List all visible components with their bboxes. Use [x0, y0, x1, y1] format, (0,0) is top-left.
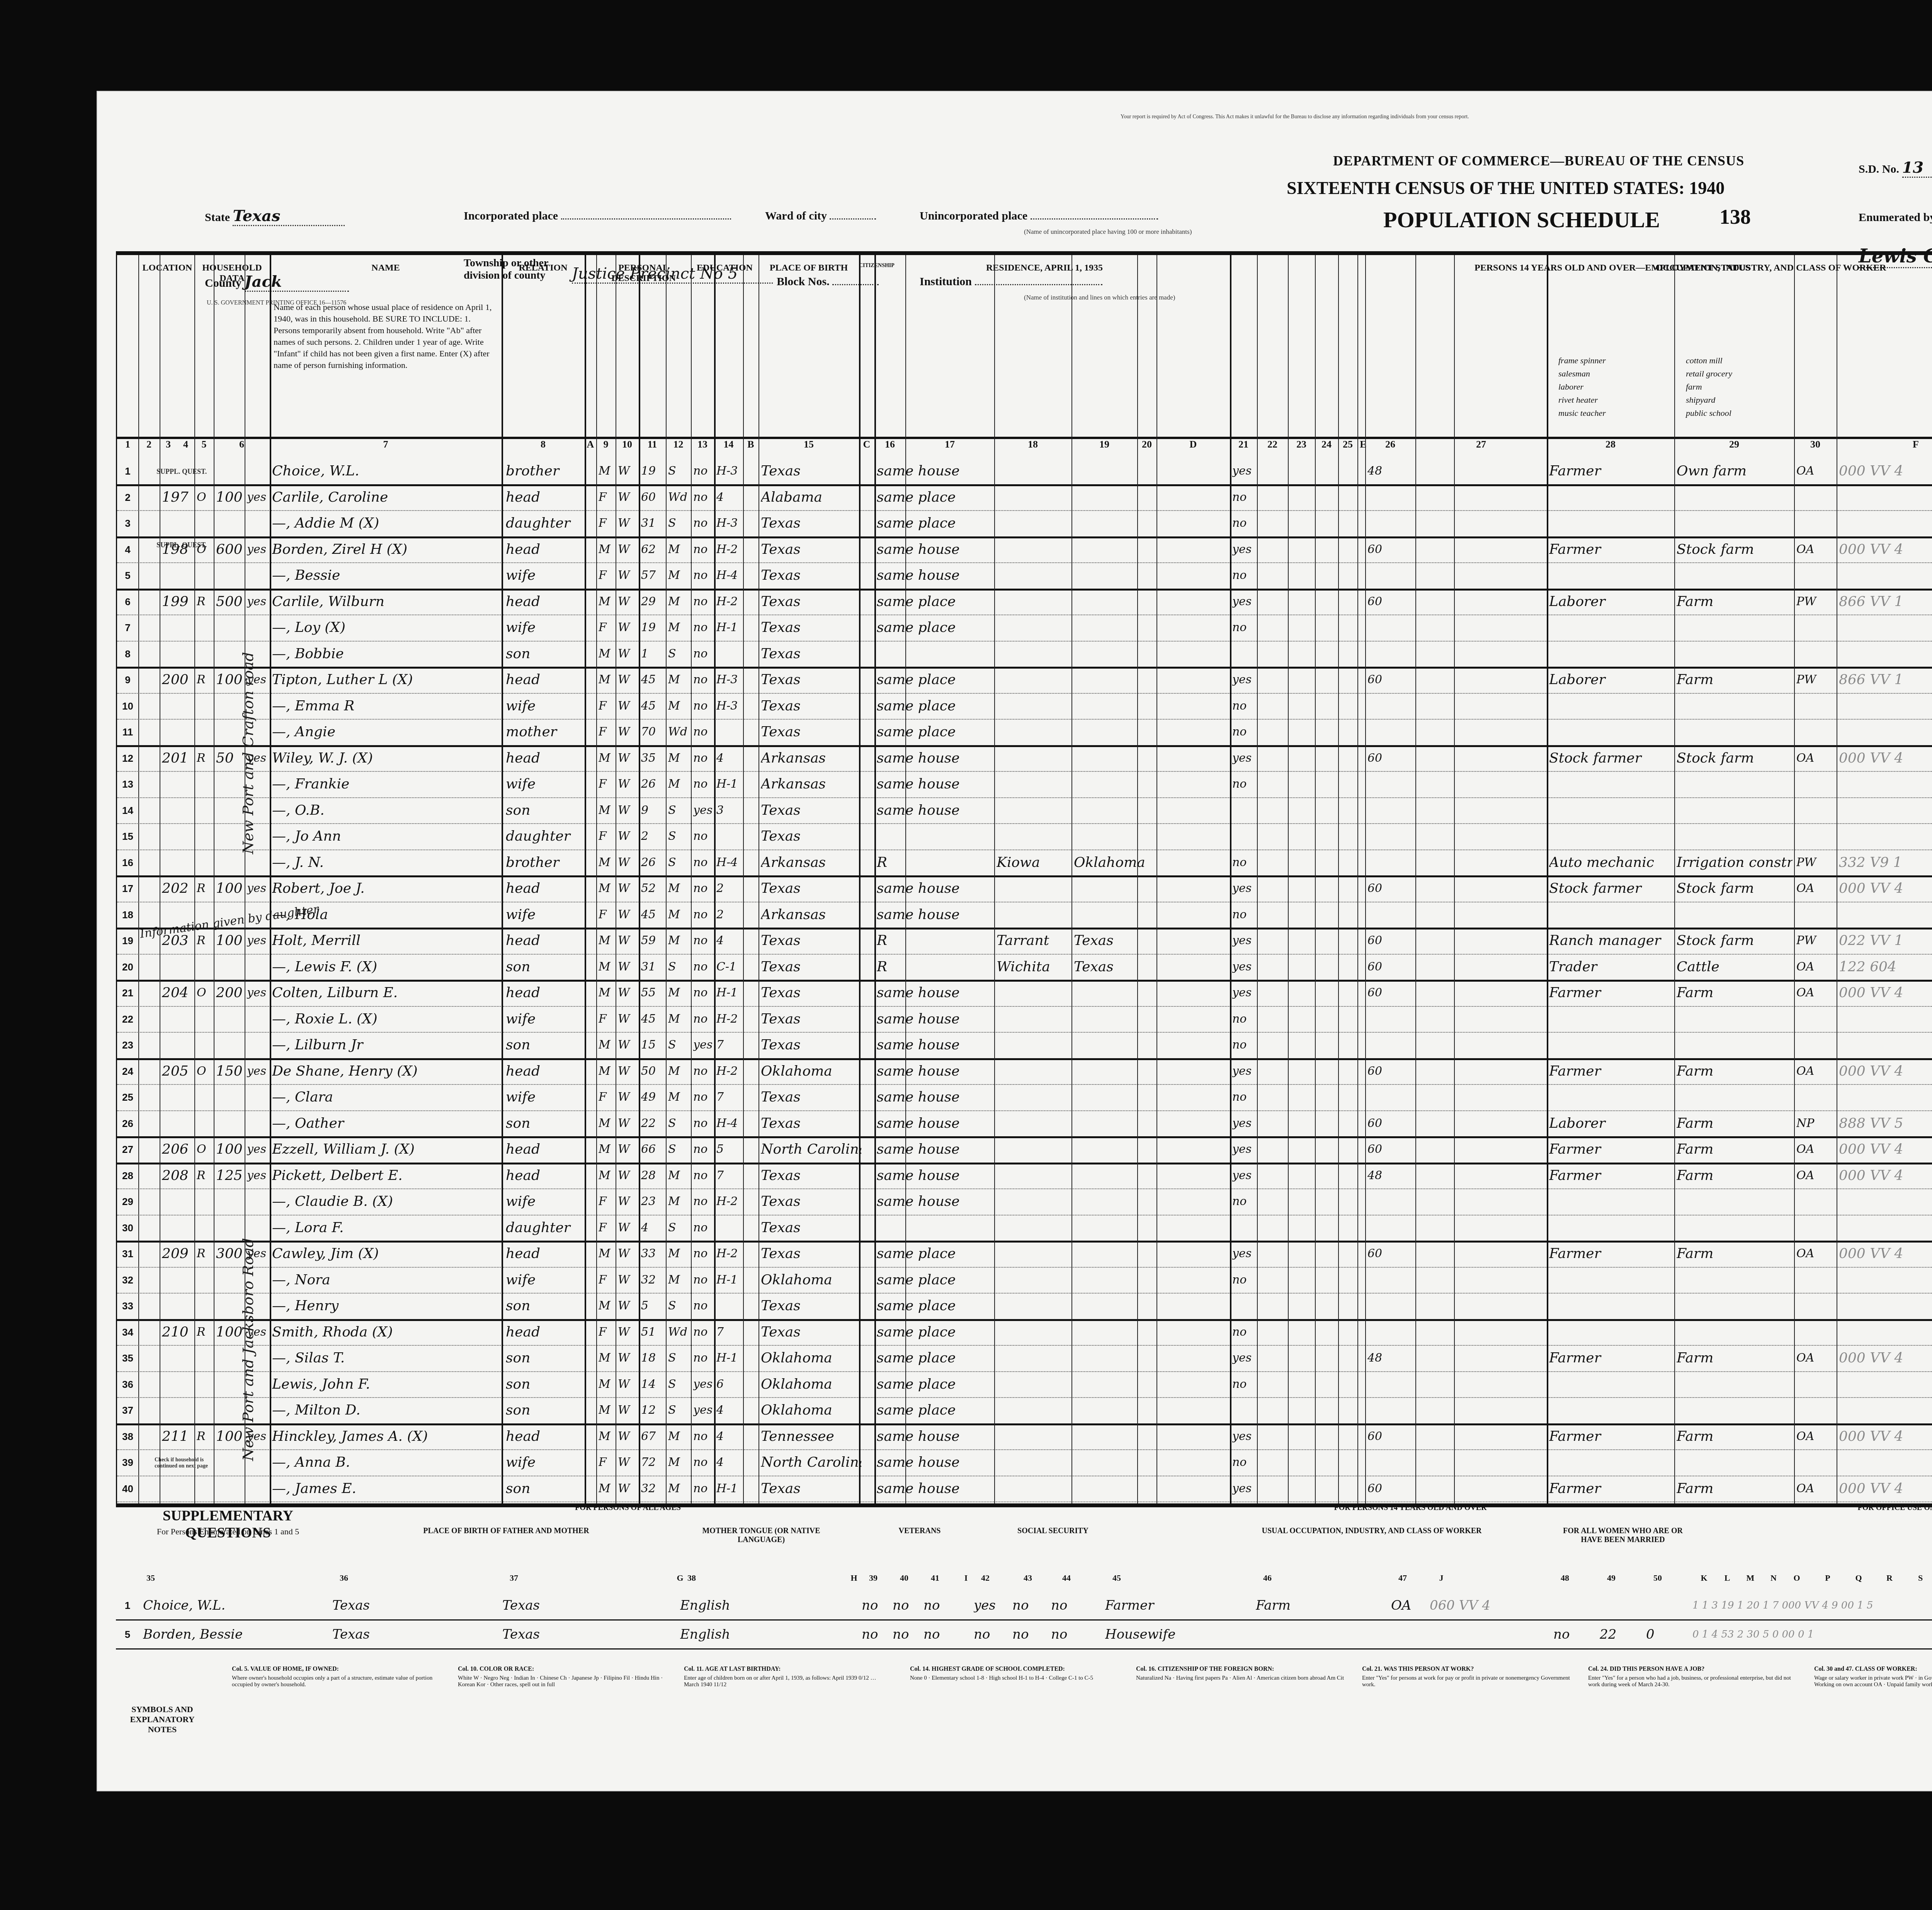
table-row[interactable]: 12201R50yesWiley, W. J. (X)headMW35Mno4A… [117, 745, 1932, 772]
table-row[interactable]: 16—, J. N.brotherMW26SnoH-4ArkansasRKiow… [117, 849, 1932, 878]
grade-cell: 3 [716, 799, 747, 822]
grade-cell: H-1 [716, 1477, 747, 1500]
work-cell: yes [1232, 1425, 1271, 1448]
marital-cell: S [668, 1399, 693, 1422]
state1935-cell: Texas [1074, 929, 1147, 952]
table-row[interactable]: 35—, Silas T.sonMW18SnoH-1Oklahomasame p… [117, 1345, 1932, 1372]
school-cell: yes [693, 1373, 716, 1396]
table-row[interactable]: 30—, Lora F.daughterFW4SnoTexas13430 [117, 1215, 1932, 1243]
grade-cell: H-2 [716, 1008, 747, 1031]
industry-cell: Own farm [1677, 460, 1793, 483]
grade-cell: 4 [716, 929, 747, 952]
table-row[interactable]: 33—, HenrysonMW5SnoTexassame place33 [117, 1293, 1932, 1321]
school-cell: no [693, 512, 716, 535]
industry-cell: Farm [1677, 981, 1793, 1004]
county1935-cell [997, 1216, 1074, 1239]
hours-cell [1367, 1321, 1414, 1344]
sex-cell: M [599, 1373, 618, 1396]
supplementary-father: Texas [332, 1623, 495, 1646]
supplementary-row[interactable]: 1Choice, W.L.TexasTexasEnglishnononoyesn… [116, 1592, 1932, 1621]
school-cell: no [693, 590, 716, 613]
table-row[interactable]: 1Choice, W.L.brotherMW19SnoH-3Texassame … [117, 458, 1932, 486]
relation-cell: son [506, 1033, 583, 1057]
tenure-cell [197, 1086, 216, 1109]
value-cell: 125 [216, 1164, 247, 1187]
county1935-cell [997, 1242, 1074, 1265]
farm-cell [247, 616, 270, 639]
sex-cell: F [599, 1216, 618, 1239]
supplementary-section-label: MOTHER TONGUE (OR NATIVE LANGUAGE) [680, 1527, 842, 1544]
dwelling-cell: 209 [162, 1242, 197, 1265]
name-cell: Lewis, John F. [272, 1373, 504, 1396]
county1935-cell [997, 538, 1074, 561]
birthplace-cell: Texas [761, 1321, 861, 1344]
industry-cell: Farm [1677, 1425, 1793, 1448]
grade-cell [716, 720, 747, 744]
name-cell: Choice, W.L. [272, 460, 504, 483]
res1935-cell: same place [877, 1347, 993, 1370]
tenure-cell: R [197, 929, 216, 952]
res1935-cell: same place [877, 1321, 993, 1344]
dwelling-cell: 202 [162, 877, 197, 900]
race-cell: W [618, 1268, 641, 1292]
column-group-label: OCCUPATION, INDUSTRY, AND CLASS OF WORKE… [1547, 263, 1932, 273]
relation-cell: mother [506, 720, 583, 744]
table-row[interactable]: 36Lewis, John F.sonMW14Syes6Oklahomasame… [117, 1371, 1932, 1398]
birthplace-cell: Texas [761, 1112, 861, 1135]
table-row[interactable]: 31209R300yesCawley, Jim (X)headMW33MnoH-… [117, 1241, 1932, 1268]
table-row[interactable]: 2197O100yesCarlile, CarolineheadFW60Wdno… [117, 484, 1932, 511]
hours-cell [1367, 642, 1414, 666]
column-number: C [859, 439, 874, 450]
res1935-cell: same house [877, 799, 993, 822]
hours-cell [1367, 1399, 1414, 1422]
race-cell: W [618, 1164, 641, 1187]
occupation-cell: Farmer [1549, 1477, 1677, 1500]
table-row[interactable]: 5—, BessiewifeFW57MnoH-4Texassame housen… [117, 562, 1932, 591]
dwelling-cell: 208 [162, 1164, 197, 1187]
code-cell: 000 VV 4 [1839, 1242, 1932, 1265]
occupation-cell: Laborer [1549, 1112, 1677, 1135]
school-cell: no [693, 538, 716, 561]
table-row[interactable]: 10—, Emma RwifeFW45MnoH-3Texassame place… [117, 693, 1932, 720]
value-cell: 600 [216, 538, 247, 561]
line-number: 12 [117, 747, 138, 770]
age-cell: 45 [641, 695, 668, 718]
age-cell: 28 [641, 1164, 668, 1187]
hours-cell [1367, 1190, 1414, 1213]
res1935-cell: same house [877, 1086, 993, 1109]
industry-cell [1677, 642, 1793, 666]
value-cell: 150 [216, 1060, 247, 1083]
table-row[interactable]: 4198O600yesBorden, Zirel H (X)headMW62Mn… [117, 536, 1932, 563]
table-row[interactable]: 24205O150yesDe Shane, Henry (X)headMW50M… [117, 1058, 1932, 1085]
race-cell: W [618, 1138, 641, 1161]
code-cell: 122 604 [1839, 955, 1932, 979]
supplementary-age-marriage: 22 [1600, 1623, 1642, 1646]
marital-cell: M [668, 695, 693, 718]
supplementary-father: Texas [332, 1594, 495, 1617]
value-cell: 100 [216, 877, 247, 900]
occupation-cell: Laborer [1549, 590, 1677, 613]
dwelling-cell: 206 [162, 1138, 197, 1161]
table-row[interactable]: 39—, Anna B.wifeFW72Mno4North Carolinasa… [117, 1449, 1932, 1476]
county1935-cell [997, 1451, 1074, 1474]
column-number: F [1837, 439, 1932, 450]
occupation-cell [1549, 1294, 1677, 1318]
dwelling-cell [162, 1373, 197, 1396]
relation-cell: head [506, 1060, 583, 1083]
explanatory-note-heading: Col. 11. AGE AT LAST BIRTHDAY: [684, 1666, 893, 1673]
supplementary-column-number: P [1816, 1573, 1839, 1583]
res1935-cell: same place [877, 1242, 993, 1265]
tenure-cell: R [197, 668, 216, 691]
race-cell: W [618, 799, 641, 822]
value-cell [216, 460, 247, 483]
sex-cell: F [599, 1268, 618, 1292]
supplementary-column-number: 48 [1553, 1573, 1577, 1583]
birthplace-cell: Texas [761, 799, 861, 822]
marital-cell: S [668, 851, 693, 874]
explanatory-note-body: Enter age of children born on or after A… [684, 1675, 876, 1688]
age-cell: 5 [641, 1294, 668, 1318]
column-number: 11 [639, 439, 666, 450]
table-row[interactable]: 23—, Lilburn JrsonMW15Syes7Texassame hou… [117, 1032, 1932, 1060]
class-cell: OA [1796, 538, 1839, 561]
res1935-cell [877, 825, 993, 848]
school-cell: no [693, 1294, 716, 1318]
line-number: 11 [117, 720, 138, 744]
industry-cell: Farm [1677, 1112, 1793, 1135]
column-number: 13 [691, 439, 714, 450]
table-row[interactable]: 22—, Roxie L. (X)wifeFW45MnoH-2Texassame… [117, 1006, 1932, 1033]
name-cell: —, Lewis F. (X) [272, 955, 504, 979]
column-number: 21 [1230, 439, 1257, 450]
occupation-example: rivet heater [1558, 395, 1598, 405]
hours-cell: 60 [1367, 747, 1414, 770]
table-row[interactable]: 14—, O.B.sonMW9Syes3Texassame house14 [117, 797, 1932, 824]
code-cell [1839, 1190, 1932, 1213]
age-cell: 45 [641, 903, 668, 926]
occupation-cell: Trader [1549, 955, 1677, 979]
table-row[interactable]: 11—, AngiemotherFW70WdnoTexassame placen… [117, 719, 1932, 747]
value-cell [216, 851, 247, 874]
grade-cell: 7 [716, 1321, 747, 1344]
state1935-cell [1074, 799, 1147, 822]
age-cell: 2 [641, 825, 668, 848]
table-row[interactable]: 26—, OathersonMW22SnoH-4Texassame housey… [117, 1110, 1932, 1139]
supplementary-section-label: FOR PERSONS 14 YEARS OLD AND OVER [1159, 1503, 1662, 1512]
table-row[interactable]: 40—, James E.sonMW32MnoH-1Texassame hous… [117, 1476, 1932, 1503]
hours-cell [1367, 1294, 1414, 1318]
marital-cell: S [668, 460, 693, 483]
grade-cell: H-1 [716, 1268, 747, 1292]
table-row[interactable]: 6199R500yesCarlile, WilburnheadMW29MnoH-… [117, 589, 1932, 616]
table-row[interactable]: 34210R100yesSmith, Rhoda (X)headFW51Wdno… [117, 1319, 1932, 1346]
explanatory-note-body: None 0 · Elementary school 1-8 · High sc… [910, 1675, 1093, 1681]
table-row[interactable]: 19203R100yesHolt, MerrillheadMW59Mno4Tex… [117, 928, 1932, 955]
table-row[interactable]: 9200R100yesTipton, Luther L (X)headMW45M… [117, 667, 1932, 694]
sex-cell: F [599, 564, 618, 587]
supplementary-vet1: no [862, 1594, 889, 1617]
table-row[interactable]: 25—, ClarawifeFW49Mno7Texassame houseno0… [117, 1084, 1932, 1111]
race-cell: W [618, 1425, 641, 1448]
supplementary-married: no [1553, 1623, 1596, 1646]
relation-cell: wife [506, 773, 583, 796]
table-row[interactable]: 3—, Addie M (X)daughterFW31SnoH-3Texassa… [117, 510, 1932, 538]
birthplace-cell: Arkansas [761, 903, 861, 926]
class-cell [1796, 1399, 1839, 1422]
relation-cell: son [506, 1294, 583, 1318]
hours-cell [1367, 1086, 1414, 1109]
state1935-cell [1074, 773, 1147, 796]
relation-cell: wife [506, 903, 583, 926]
hours-cell: 60 [1367, 1477, 1414, 1500]
line-number: 10 [117, 695, 138, 718]
relation-cell: head [506, 668, 583, 691]
code-cell: 000 VV 4 [1839, 981, 1932, 1004]
school-cell: no [693, 616, 716, 639]
supplementary-children [1646, 1594, 1689, 1617]
dwelling-cell [162, 851, 197, 874]
code-cell: 888 VV 5 [1839, 1112, 1932, 1135]
code-cell [1839, 903, 1932, 926]
hours-cell: 48 [1367, 1347, 1414, 1370]
farm-cell: yes [247, 1060, 270, 1083]
marital-cell: Wd [668, 1321, 693, 1344]
supplementary-row[interactable]: 5Borden, BessieTexasTexasEnglishnononono… [116, 1621, 1932, 1650]
state-field: State Texas [205, 207, 345, 226]
farm-cell: yes [247, 538, 270, 561]
column-group-label: LOCATION [140, 263, 194, 273]
state1935-cell [1074, 1347, 1147, 1370]
value-cell: 200 [216, 981, 247, 1004]
explanatory-note-body: Wage or salary worker in private work PW… [1814, 1675, 1932, 1688]
tenure-cell [197, 1190, 216, 1213]
race-cell: W [618, 1399, 641, 1422]
class-cell [1796, 1190, 1839, 1213]
farm-cell [247, 460, 270, 483]
line-number: 26 [117, 1112, 138, 1135]
occupation-cell: Farmer [1549, 1347, 1677, 1370]
birthplace-cell: Oklahoma [761, 1060, 861, 1083]
column-number: B [743, 439, 759, 450]
work-cell: yes [1232, 1138, 1271, 1161]
table-row[interactable]: 13—, FrankiewifeFW26MnoH-1Arkansassame h… [117, 771, 1932, 798]
school-cell: no [693, 668, 716, 691]
res1935-cell: same house [877, 1008, 993, 1031]
value-cell [216, 512, 247, 535]
relation-cell: son [506, 1477, 583, 1500]
age-cell: 22 [641, 1112, 668, 1135]
tenure-cell: R [197, 590, 216, 613]
explanatory-note-heading: Col. 16. CITIZENSHIP OF THE FOREIGN BORN… [1136, 1666, 1345, 1673]
county1935-cell: Tarrant [997, 929, 1074, 952]
explanatory-note-body: Where owner's household occupies only a … [232, 1675, 432, 1688]
class-cell: OA [1796, 1164, 1839, 1187]
line-number: 16 [117, 851, 138, 874]
state1935-cell [1074, 695, 1147, 718]
age-cell: 32 [641, 1477, 668, 1500]
table-row[interactable]: 32—, NorawifeFW32MnoH-1Oklahomasame plac… [117, 1267, 1932, 1294]
age-cell: 59 [641, 929, 668, 952]
supplementary-section-label: VETERANS [850, 1527, 989, 1535]
code-cell [1839, 1086, 1932, 1109]
table-row[interactable]: 7—, Loy (X)wifeFW19MnoH-1Texassame place… [117, 615, 1932, 642]
supplementary-column-number: 40 [893, 1573, 916, 1583]
res1935-cell: same place [877, 512, 993, 535]
marital-cell: M [668, 929, 693, 952]
industry-cell [1677, 1321, 1793, 1344]
state1935-cell [1074, 1164, 1147, 1187]
table-row[interactable]: 15—, Jo AnndaughterFW2SnoTexas15 [117, 823, 1932, 850]
farm-cell: yes [247, 1138, 270, 1161]
marital-cell: M [668, 1242, 693, 1265]
line-number: 14 [117, 799, 138, 822]
table-row[interactable]: 8—, BobbiesonMW1SnoTexas8 [117, 641, 1932, 669]
tenure-cell [197, 851, 216, 874]
marital-cell: M [668, 1060, 693, 1083]
table-row[interactable]: 27206O100yesEzzell, William J. (X)headMW… [117, 1136, 1932, 1164]
line-number: 23 [117, 1033, 138, 1057]
sex-cell: M [599, 590, 618, 613]
county1935-cell [997, 1086, 1074, 1109]
line-number: 3 [117, 512, 138, 535]
race-cell: W [618, 668, 641, 691]
table-row[interactable]: 29—, Claudie B. (X)wifeFW23MnoH-2Texassa… [117, 1188, 1932, 1215]
sex-cell: F [599, 903, 618, 926]
supplementary-column-number: 36 [332, 1573, 355, 1583]
explanatory-note-block: Col. 16. CITIZENSHIP OF THE FOREIGN BORN… [1136, 1666, 1345, 1682]
sex-cell: F [599, 695, 618, 718]
birthplace-cell: Texas [761, 720, 861, 744]
table-row[interactable]: 38211R100yesHinckley, James A. (X)headMW… [117, 1423, 1932, 1450]
hours-cell: 60 [1367, 1242, 1414, 1265]
birthplace-cell: Texas [761, 1086, 861, 1109]
industry-cell [1677, 1086, 1793, 1109]
column-group-label: EDUCATION [691, 263, 759, 273]
birthplace-cell: Arkansas [761, 773, 861, 796]
tenure-cell [197, 825, 216, 848]
table-row[interactable]: 17202R100yesRobert, Joe J.headMW52Mno2Te… [117, 875, 1932, 902]
supplementary-column-number: 41 [923, 1573, 947, 1583]
farm-cell [247, 1008, 270, 1031]
state1935-cell [1074, 486, 1147, 509]
name-cell: —, Angie [272, 720, 504, 744]
sex-cell: F [599, 512, 618, 535]
supplementary-vet2: no [893, 1594, 920, 1617]
state1935-cell [1074, 1268, 1147, 1292]
occupation-cell: Farmer [1549, 1060, 1677, 1083]
res1935-cell: R [877, 851, 993, 874]
code-cell: 000 VV 4 [1839, 1477, 1932, 1500]
line-number: 34 [117, 1321, 138, 1344]
class-cell [1796, 642, 1839, 666]
supplementary-code [1430, 1623, 1546, 1646]
work-cell: no [1232, 903, 1271, 926]
age-cell: 31 [641, 955, 668, 979]
sex-cell: F [599, 486, 618, 509]
res1935-cell: same place [877, 1294, 993, 1318]
age-cell: 18 [641, 1347, 668, 1370]
supplementary-section-label: USUAL OCCUPATION, INDUSTRY, AND CLASS OF… [1159, 1527, 1584, 1535]
hours-cell: 48 [1367, 460, 1414, 483]
state1935-cell [1074, 903, 1147, 926]
birthplace-cell: Arkansas [761, 851, 861, 874]
table-row[interactable]: 28208R125yesPickett, Delbert E.headMW28M… [117, 1163, 1932, 1190]
age-cell: 31 [641, 512, 668, 535]
school-cell: no [693, 773, 716, 796]
relation-cell: wife [506, 616, 583, 639]
school-cell: no [693, 1242, 716, 1265]
supplementary-column-number: 37 [502, 1573, 526, 1583]
tenure-cell [197, 1477, 216, 1500]
sex-cell: F [599, 1086, 618, 1109]
industry-cell [1677, 1373, 1793, 1396]
value-cell [216, 564, 247, 587]
occupation-example: laborer [1558, 382, 1583, 392]
supplementary-column-number: N [1762, 1573, 1785, 1583]
class-cell [1796, 1321, 1839, 1344]
name-cell: —, J. N. [272, 851, 504, 874]
res1935-cell: same place [877, 1268, 993, 1292]
hours-cell: 48 [1367, 1164, 1414, 1187]
class-cell: OA [1796, 460, 1839, 483]
grade-cell: 7 [716, 1164, 747, 1187]
class-cell: PW [1796, 929, 1839, 952]
school-cell: no [693, 825, 716, 848]
table-row[interactable]: 18—, HolawifeFW45Mno2Arkansassame housen… [117, 902, 1932, 930]
grade-cell: H-2 [716, 590, 747, 613]
table-row[interactable]: 21204O200yesColten, Lilburn E.headMW55Mn… [117, 980, 1932, 1007]
state1935-cell [1074, 642, 1147, 666]
marital-cell: M [668, 616, 693, 639]
name-cell: —, Lora F. [272, 1216, 504, 1239]
explanatory-note-block: Col. 30 and 47. CLASS OF WORKER:Wage or … [1814, 1666, 1932, 1688]
line-number: 6 [117, 590, 138, 613]
race-cell: W [618, 851, 641, 874]
column-group-label: RESIDENCE, APRIL 1, 1935 [874, 263, 1214, 273]
table-row[interactable]: 20—, Lewis F. (X)sonMW31SnoC-1TexasRWich… [117, 954, 1932, 982]
relation-cell: wife [506, 695, 583, 718]
age-cell: 67 [641, 1425, 668, 1448]
supplementary-section-label: FOR PERSONS OF ALL AGES [332, 1503, 923, 1512]
supplementary-column-number: M [1739, 1573, 1762, 1583]
relation-cell: son [506, 799, 583, 822]
occupation-cell [1549, 1216, 1677, 1239]
sex-cell: M [599, 1477, 618, 1500]
industry-cell [1677, 1033, 1793, 1057]
tenure-cell [197, 1112, 216, 1135]
occupation-cell [1549, 1086, 1677, 1109]
farm-cell [247, 1477, 270, 1500]
state1935-cell [1074, 1008, 1147, 1031]
class-cell: OA [1796, 981, 1839, 1004]
birthplace-cell: Texas [761, 1008, 861, 1031]
school-cell: no [693, 486, 716, 509]
occupation-cell: Stock farmer [1549, 877, 1677, 900]
hours-cell [1367, 564, 1414, 587]
work-cell: yes [1232, 955, 1271, 979]
column-number: 30 [1794, 439, 1837, 450]
hours-cell [1367, 1268, 1414, 1292]
birthplace-cell: Oklahoma [761, 1373, 861, 1396]
dwelling-cell [162, 1112, 197, 1135]
table-row[interactable]: 37—, Milton D.sonMW12Syes4Oklahomasame p… [117, 1397, 1932, 1425]
birthplace-cell: Texas [761, 1242, 861, 1265]
sex-cell: M [599, 851, 618, 874]
sex-cell: F [599, 1008, 618, 1031]
